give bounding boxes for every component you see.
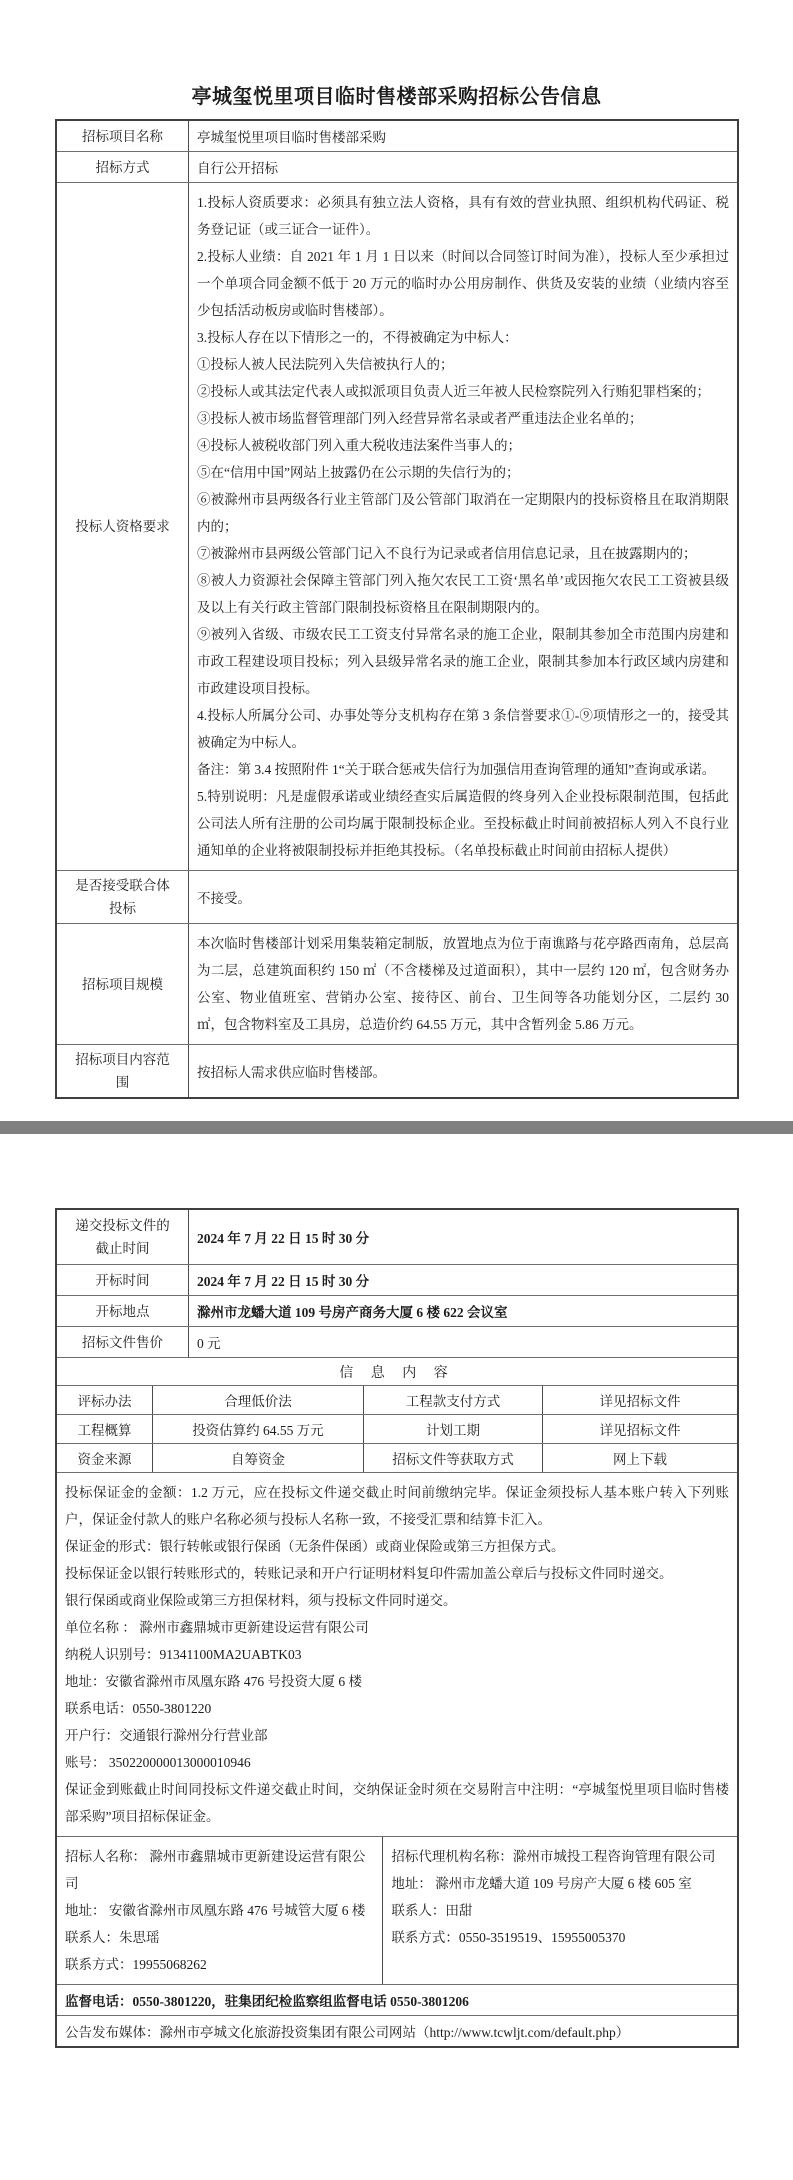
info-cell: 评标办法 bbox=[57, 1386, 153, 1414]
text-line: ④投标人被税收部门列入重大税收违法案件当事人的； bbox=[197, 432, 729, 459]
text-line: ⑨被列入省级、市级农民工工资支付异常名录的施工企业，限制其参加全市范围内房建和市… bbox=[197, 621, 729, 702]
row-value: 滁州市龙蟠大道 109 号房产商务大厦 6 楼 622 会议室 bbox=[189, 1296, 737, 1326]
row-value: 1.投标人资质要求：必须具有独立法人资格，具有有效的营业执照、组织机构代码证、税… bbox=[189, 183, 737, 870]
scale-paragraph: 本次临时售楼部计划采用集装箱定制版，放置地点为位于南谯路与花亭路西南角，总层高为… bbox=[197, 930, 729, 1038]
text-line: 单位名称 ： 滁州市鑫鼎城市更新建设运营有限公司 bbox=[65, 1614, 729, 1641]
row-label: 开标地点 bbox=[57, 1296, 189, 1326]
row-label: 递交投标文件的截止时间 bbox=[57, 1210, 189, 1264]
row-value: 本次临时售楼部计划采用集装箱定制版，放置地点为位于南谯路与花亭路西南角，总层高为… bbox=[189, 924, 737, 1044]
text-line: 银行保函或商业保险或第三方担保材料，须与投标文件同时递交。 bbox=[65, 1587, 729, 1614]
text-line: 地址： 安徽省滁州市凤凰东路 476 号城管大厦 6 楼 bbox=[65, 1897, 374, 1924]
text-line: 保证金的形式：银行转帐或银行保函（无条件保函）或商业保险或第三方担保方式。 bbox=[65, 1533, 729, 1560]
row-label: 投标人资格要求 bbox=[57, 183, 189, 870]
text-line: 投标保证金的金额：1.2 万元，应在投标文件递交截止时间前缴纳完毕。保证金须投标… bbox=[65, 1479, 729, 1533]
row-value: 按招标人需求供应临时售楼部。 bbox=[189, 1045, 737, 1097]
info-cell: 工程款支付方式 bbox=[364, 1386, 543, 1414]
table-row-method: 招标方式 自行公开招标 bbox=[57, 151, 737, 182]
text-line: ②投标人或其法定代表人或拟派项目负责人近三年被人民检察院列入行贿犯罪档案的； bbox=[197, 378, 729, 405]
deposit-details: 投标保证金的金额：1.2 万元，应在投标文件递交截止时间前缴纳完毕。保证金须投标… bbox=[57, 1473, 737, 1836]
info-cell: 计划工期 bbox=[364, 1415, 543, 1443]
row-label: 招标项目规模 bbox=[57, 924, 189, 1044]
info-header: 信 息 内 容 bbox=[57, 1358, 737, 1385]
info-cell: 合理低价法 bbox=[153, 1386, 364, 1414]
text-line: 联系人：田甜 bbox=[391, 1897, 729, 1924]
text-line: 地址： 滁州市龙蟠大道 109 号房产大厦 6 楼 605 室 bbox=[391, 1870, 729, 1897]
table-row-contacts: 招标人名称： 滁州市鑫鼎城市更新建设运营有限公司地址： 安徽省滁州市凤凰东路 4… bbox=[57, 1836, 737, 1984]
document-page: { "separator_color": "#808080", "page1":… bbox=[0, 0, 793, 2180]
row-value: 0 元 bbox=[189, 1327, 737, 1357]
text-line: 纳税人识别号：91341100MA2UABTK03 bbox=[65, 1641, 729, 1668]
row-value: 2024 年 7 月 22 日 15 时 30 分 bbox=[189, 1210, 737, 1264]
table-row-info-1: 评标办法 合理低价法 工程款支付方式 详见招标文件 bbox=[57, 1385, 737, 1414]
info-cell: 资金来源 bbox=[57, 1444, 153, 1472]
row-value: 不接受。 bbox=[189, 871, 737, 923]
text-line: 联系人：朱思瑶 bbox=[65, 1924, 374, 1951]
text-line: ①投标人被人民法院列入失信被执行人的； bbox=[197, 351, 729, 378]
row-value: 2024 年 7 月 22 日 15 时 30 分 bbox=[189, 1265, 737, 1295]
text-line: 地址：安徽省滁州市凤凰东路 476 号投资大厦 6 楼 bbox=[65, 1668, 729, 1695]
table-row-scale: 招标项目规模 本次临时售楼部计划采用集装箱定制版，放置地点为位于南谯路与花亭路西… bbox=[57, 923, 737, 1044]
text-line: 1.投标人资质要求：必须具有独立法人资格，具有有效的营业执照、组织机构代码证、税… bbox=[197, 189, 729, 243]
table-row-scope: 招标项目内容范围 按招标人需求供应临时售楼部。 bbox=[57, 1044, 737, 1097]
text-line: 2.投标人业绩：自 2021 年 1 月 1 日以来（时间以合同签订时间为准），… bbox=[197, 243, 729, 324]
page-separator bbox=[0, 1121, 793, 1134]
announcement-table: 招标项目名称 亭城玺悦里项目临时售楼部采购 招标方式 自行公开招标 投标人资格要… bbox=[55, 119, 739, 1099]
table-row-project-name: 招标项目名称 亭城玺悦里项目临时售楼部采购 bbox=[57, 121, 737, 151]
text-line: 保证金到账截止时间同投标文件递交截止时间，交纳保证金时须在交易附言中注明：“亭城… bbox=[65, 1776, 729, 1830]
info-cell: 招标文件等获取方式 bbox=[364, 1444, 543, 1472]
info-cell: 工程概算 bbox=[57, 1415, 153, 1443]
table-row-doc-price: 招标文件售价 0 元 bbox=[57, 1326, 737, 1357]
agency-contact: 招标代理机构名称：滁州市城投工程咨询管理有限公司地址： 滁州市龙蟠大道 109 … bbox=[383, 1837, 737, 1984]
row-label: 招标项目名称 bbox=[57, 121, 189, 151]
row-label: 开标时间 bbox=[57, 1265, 189, 1295]
text-line: 3.投标人存在以下情形之一的，不得被确定为中标人： bbox=[197, 324, 729, 351]
info-cell: 详见招标文件 bbox=[543, 1386, 737, 1414]
row-label: 招标项目内容范围 bbox=[57, 1045, 189, 1097]
page-1: 亭城玺悦里项目临时售楼部采购招标公告信息 招标项目名称 亭城玺悦里项目临时售楼部… bbox=[0, 0, 793, 1121]
text-line: 联系方式：0550-3519519、15955005370 bbox=[391, 1924, 729, 1951]
table-row-consortium: 是否接受联合体投标 不接受。 bbox=[57, 870, 737, 923]
table-row-open-place: 开标地点 滁州市龙蟠大道 109 号房产商务大厦 6 楼 622 会议室 bbox=[57, 1295, 737, 1326]
text-line: 备注：第 3.4 按照附件 1“关于联合惩戒失信行为加强信用查询管理的通知”查询… bbox=[197, 756, 729, 783]
table-row-deposit: 投标保证金的金额：1.2 万元，应在投标文件递交截止时间前缴纳完毕。保证金须投标… bbox=[57, 1472, 737, 1836]
table-row-info-3: 资金来源 自筹资金 招标文件等获取方式 网上下载 bbox=[57, 1443, 737, 1472]
text-line: ③投标人被市场监督管理部门列入经营异常名录或者严重违法企业名单的； bbox=[197, 405, 729, 432]
table-row-deadline: 递交投标文件的截止时间 2024 年 7 月 22 日 15 时 30 分 bbox=[57, 1210, 737, 1264]
text-line: ⑦被滁州市县两级公管部门记入不良行为记录或者信用信息记录，且在披露期内的； bbox=[197, 540, 729, 567]
row-value: 自行公开招标 bbox=[189, 152, 737, 182]
text-line: 5.特别说明：凡是虚假承诺或业绩经查实后属造假的终身列入企业投标限制范围，包括此… bbox=[197, 783, 729, 864]
text-line: 开户行：交通银行滁州分行营业部 bbox=[65, 1722, 729, 1749]
text-line: 4.投标人所属分公司、办事处等分支机构存在第 3 条信誉要求①-⑨项情形之一的，… bbox=[197, 702, 729, 756]
info-cell: 投资估算约 64.55 万元 bbox=[153, 1415, 364, 1443]
text-line: 投标保证金以银行转账形式的，转账记录和开户行证明材料复印件需加盖公章后与投标文件… bbox=[65, 1560, 729, 1587]
text-line: 账号： 350220000013000010946 bbox=[65, 1749, 729, 1776]
table-row-info-2: 工程概算 投资估算约 64.55 万元 计划工期 详见招标文件 bbox=[57, 1414, 737, 1443]
text-line: ⑥被滁州市县两级各行业主管部门及公管部门取消在一定期限内的投标资格且在取消期限内… bbox=[197, 486, 729, 540]
row-label: 是否接受联合体投标 bbox=[57, 871, 189, 923]
supervision-phone: 监督电话：0550-3801220，驻集团纪检监察组监督电话 0550-3801… bbox=[57, 1985, 737, 2015]
row-label: 招标方式 bbox=[57, 152, 189, 182]
table-row-qualification: 投标人资格要求 1.投标人资质要求：必须具有独立法人资格，具有有效的营业执照、组… bbox=[57, 182, 737, 870]
text-line: 联系电话：0550-3801220 bbox=[65, 1695, 729, 1722]
table-row-info-header: 信 息 内 容 bbox=[57, 1357, 737, 1385]
announcement-media: 公告发布媒体：滁州市亭城文化旅游投资集团有限公司网站（http://www.tc… bbox=[57, 2016, 737, 2046]
table-row-media: 公告发布媒体：滁州市亭城文化旅游投资集团有限公司网站（http://www.tc… bbox=[57, 2015, 737, 2046]
text-line: ⑤在“信用中国”网站上披露仍在公示期的失信行为的； bbox=[197, 459, 729, 486]
tenderer-contact: 招标人名称： 滁州市鑫鼎城市更新建设运营有限公司地址： 安徽省滁州市凤凰东路 4… bbox=[57, 1837, 383, 1984]
text-line: 联系方式：19955068262 bbox=[65, 1951, 374, 1978]
text-line: 招标代理机构名称：滁州市城投工程咨询管理有限公司 bbox=[391, 1843, 729, 1870]
table-row-supervision: 监督电话：0550-3801220，驻集团纪检监察组监督电话 0550-3801… bbox=[57, 1984, 737, 2015]
row-label: 招标文件售价 bbox=[57, 1327, 189, 1357]
text-line: 招标人名称： 滁州市鑫鼎城市更新建设运营有限公司 bbox=[65, 1843, 374, 1897]
row-value: 亭城玺悦里项目临时售楼部采购 bbox=[189, 121, 737, 151]
info-cell: 自筹资金 bbox=[153, 1444, 364, 1472]
table-row-open-time: 开标时间 2024 年 7 月 22 日 15 时 30 分 bbox=[57, 1264, 737, 1295]
page-2: 递交投标文件的截止时间 2024 年 7 月 22 日 15 时 30 分 开标… bbox=[0, 1134, 793, 2180]
text-line: ⑧被人力资源社会保障主管部门列入拖欠农民工工资‘黑名单’或因拖欠农民工工资被县级… bbox=[197, 567, 729, 621]
info-cell: 网上下载 bbox=[543, 1444, 737, 1472]
page-title: 亭城玺悦里项目临时售楼部采购招标公告信息 bbox=[0, 80, 793, 109]
bid-info-table: 递交投标文件的截止时间 2024 年 7 月 22 日 15 时 30 分 开标… bbox=[55, 1208, 739, 2048]
info-cell: 详见招标文件 bbox=[543, 1415, 737, 1443]
